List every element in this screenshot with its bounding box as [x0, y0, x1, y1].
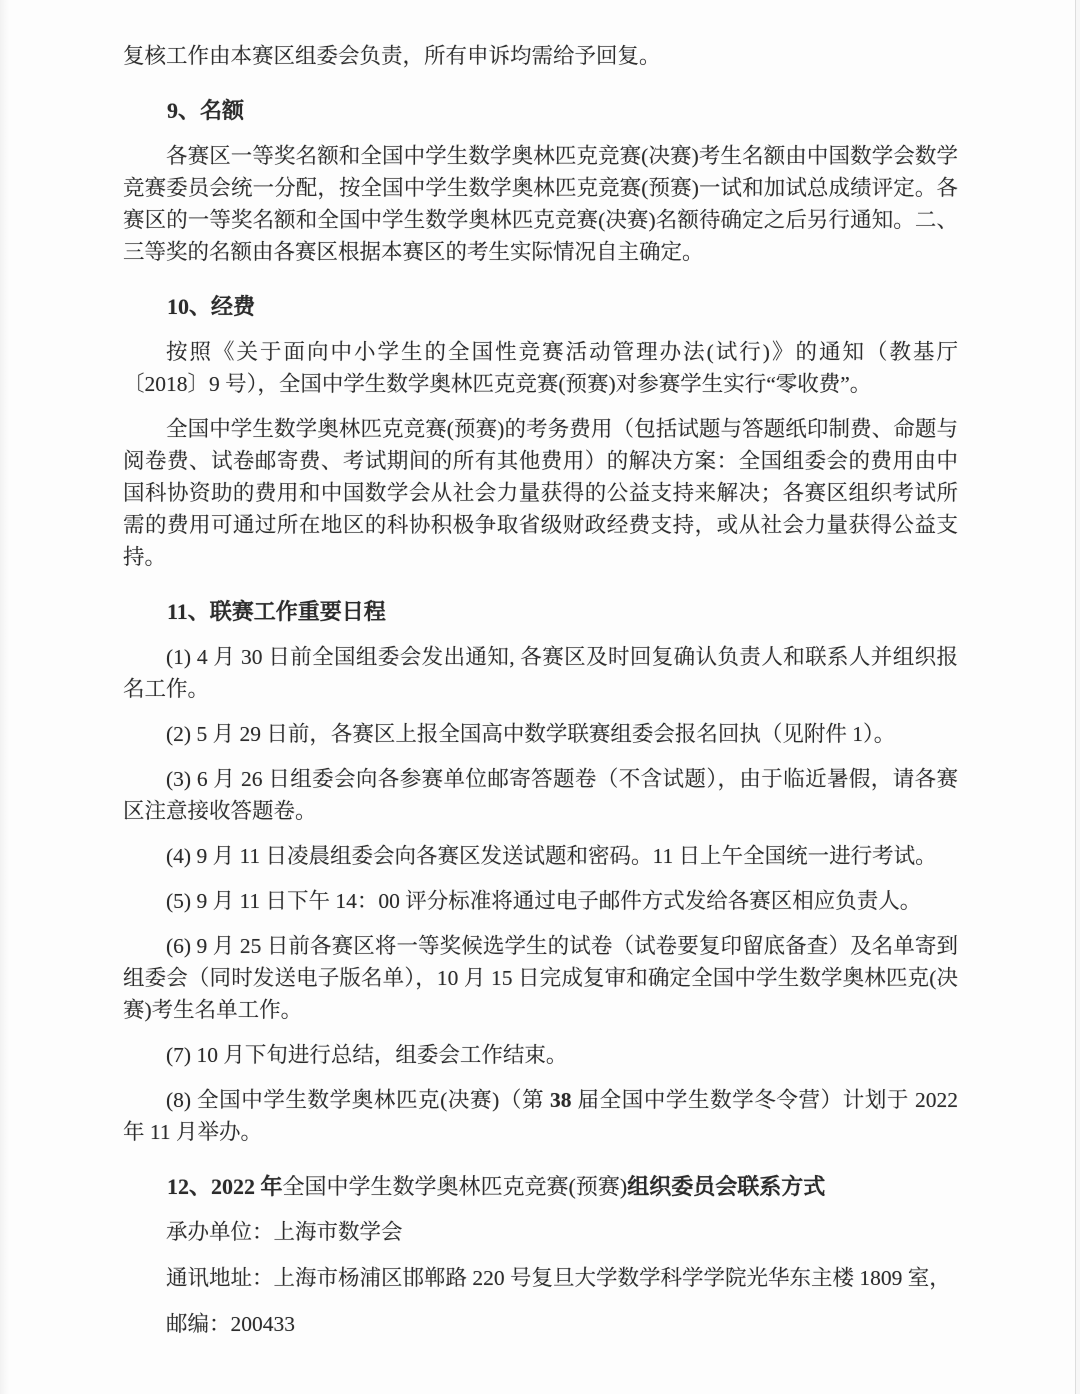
schedule-item-4: (4) 9 月 11 日凌晨组委会向各赛区发送试题和密码。11 日上午全国统一进…: [123, 840, 958, 872]
section-9-heading: 9、名额: [123, 96, 958, 126]
section-10-paragraph-2: 全国中学生数学奥林匹克竞赛(预赛)的考务费用（包括试题与答题纸印制费、命题与阅卷…: [123, 413, 958, 573]
section-11-number: 11、: [167, 599, 210, 624]
schedule-item-6: (6) 9 月 25 日前各赛区将一等奖候选学生的试卷（试卷要复印留底备查）及名…: [123, 930, 958, 1026]
schedule-item-3: (3) 6 月 26 日组委会向各参赛单位邮寄答题卷（不含试题），由于临近暑假，…: [123, 763, 958, 827]
schedule-item-8-text: (8) 全国中学生数学奥林匹克(决赛)（第: [166, 1088, 550, 1112]
section-10-number: 10、: [167, 294, 211, 319]
section-12-heading: 12、2022 年全国中学生数学奥林匹克竞赛(预赛)组织委员会联系方式: [123, 1172, 958, 1202]
schedule-item-7: (7) 10 月下旬进行总结，组委会工作结束。: [123, 1039, 958, 1071]
section-11-heading: 11、联赛工作重要日程: [123, 597, 958, 627]
contact-postcode: 邮编：200433: [123, 1308, 958, 1340]
paragraph-review-continuation: 复核工作由本赛区组委会负责，所有申诉均需给予回复。: [123, 40, 958, 72]
section-10-paragraph-1: 按照《关于面向中小学生的全国性竞赛活动管理办法(试行)》的通知（教基厅〔2018…: [123, 336, 958, 400]
schedule-item-1: (1) 4 月 30 日前全国组委会发出通知, 各赛区及时回复确认负责人和联系人…: [123, 641, 958, 705]
scan-edge-line: [1075, 0, 1076, 1394]
section-12-competition-name: 全国中学生数学奥林匹克竞赛(预赛): [283, 1174, 628, 1199]
document-content: 复核工作由本赛区组委会负责，所有申诉均需给予回复。 9、名额 各赛区一等奖名额和…: [123, 40, 958, 1354]
section-12-title: 组织委员会联系方式: [627, 1174, 825, 1199]
section-10-title: 经费: [211, 294, 255, 319]
section-12-year: 2022 年: [211, 1174, 283, 1199]
schedule-item-2: (2) 5 月 29 日前，各赛区上报全国高中数学联赛组委会报名回执（见附件 1…: [123, 718, 958, 750]
scan-right-edge: [1076, 0, 1080, 1394]
schedule-item-8: (8) 全国中学生数学奥林匹克(决赛)（第 38 届全国中学生数学冬令营）计划于…: [123, 1084, 958, 1148]
section-10-heading: 10、经费: [123, 292, 958, 322]
section-12-number: 12、: [167, 1174, 211, 1199]
schedule-item-8-session-number: 38: [550, 1088, 572, 1112]
section-9-paragraph: 各赛区一等奖名额和全国中学生数学奥林匹克竞赛(决赛)考生名额由中国数学会数学竞赛…: [123, 140, 958, 268]
contact-organizer: 承办单位：上海市数学会: [123, 1216, 958, 1248]
document-page: 复核工作由本赛区组委会负责，所有申诉均需给予回复。 9、名额 各赛区一等奖名额和…: [0, 0, 1080, 1394]
section-11-title: 联赛工作重要日程: [210, 599, 386, 624]
section-9-number: 9、: [167, 98, 200, 123]
contact-address: 通讯地址：上海市杨浦区邯郸路 220 号复旦大学数学科学学院光华东主楼 1809…: [123, 1262, 958, 1294]
schedule-item-5: (5) 9 月 11 日下午 14：00 评分标准将通过电子邮件方式发给各赛区相…: [123, 885, 958, 917]
section-9-title: 名额: [200, 98, 244, 123]
